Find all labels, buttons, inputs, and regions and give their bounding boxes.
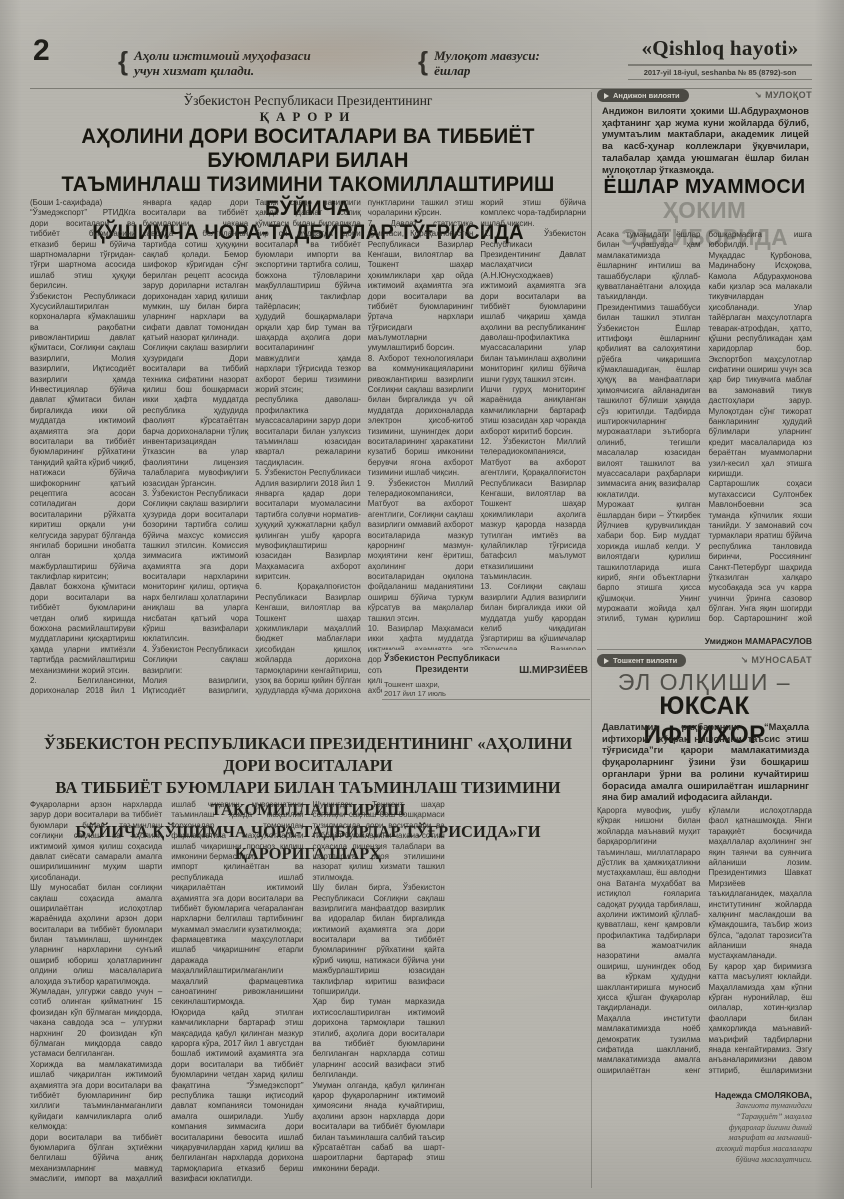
article1-body: Асака туманидаги ёшлар билан учрашувда ҳ… — [597, 230, 812, 634]
decree-signature-block: Ўзбекистон Республикаси Президенти Ш.МИР… — [382, 650, 590, 700]
slogan-left-block: { Аҳоли ижтимоий муҳофазаси учун хизмат … — [118, 48, 311, 79]
decree-kicker: Ўзбекистон Республикаси Президентининг — [30, 93, 586, 109]
signature-place: Тошкент шаҳри, — [384, 680, 588, 690]
right-column-divider — [597, 649, 812, 650]
commentary-body: Фуқароларни арзон нархларда зарур дори в… — [30, 800, 586, 1190]
article2-byline-title: Зангиота туманидаги “Тараққиёт” маҳалла … — [597, 1101, 812, 1166]
section-label-text: МУЛОҚОТ — [765, 90, 812, 100]
section-label-muloqot: ↘МУЛОҚОТ — [754, 90, 812, 101]
brace-icon: { — [418, 48, 428, 79]
article1-headline-primary: ЁШЛАР МУАММОСИ — [599, 176, 810, 199]
slogan-center: Мулоқот мавзуси: ёшлар — [434, 48, 540, 79]
article1-labels-row: Андижон вилояти ↘МУЛОҚОТ — [597, 89, 812, 102]
article2-lead: Давлатимиз раҳбарининг “Маҳалла ифтихори… — [602, 722, 809, 804]
region-label: Тошкент вилояти — [613, 656, 677, 665]
signature-date: 2017 йил 17 июль — [384, 689, 588, 699]
article1-byline: Умиджон МАМАРАСУЛОВ — [597, 636, 812, 646]
masthead-dateline: 2017-yil 18-iyul, seshanba № 85 (8792)-s… — [628, 66, 812, 79]
section-label-text: МУНОСАБАТ — [751, 655, 812, 665]
masthead-rule-bottom — [628, 79, 812, 80]
region-badge-andijon: Андижон вилояти — [597, 89, 689, 102]
signature-name: Ш.МИРЗИЁЕВ — [519, 665, 588, 676]
article1-lead: Андижон вилояти ҳокими Ш.Абдураҳмонов ҳа… — [602, 106, 809, 176]
article2-labels-row: Тошкент вилояти ↘МУНОСАБАТ — [597, 654, 812, 667]
section-arrow-icon: ↘ — [754, 91, 762, 101]
column-divider — [591, 92, 592, 1188]
article2-byline: Надежда СМОЛЯКОВА, — [597, 1090, 812, 1100]
article2-body: Қарорга мувофиқ, ушбу кўкрак нишони била… — [597, 806, 812, 1086]
region-arrow-icon — [604, 658, 609, 664]
region-badge-toshkent: Тошкент вилояти — [597, 654, 686, 667]
slogan-left: Аҳоли ижтимоий муҳофазаси учун хизмат қи… — [134, 48, 311, 79]
decree-body: (Боши 1-саҳифада) “Ўзмедэкспорт” РТИДКга… — [30, 198, 586, 700]
masthead-title: «Qishloq hayoti» — [628, 36, 812, 61]
region-arrow-icon — [604, 93, 609, 99]
section-arrow-icon: ↘ — [740, 656, 748, 666]
slogan-center-block: { Мулоқот мавзуси: ёшлар — [418, 48, 540, 79]
signature-org: Ўзбекистон Республикаси Президенти — [384, 653, 500, 676]
page-number: 2 — [33, 34, 50, 68]
region-label: Андижон вилояти — [613, 91, 680, 100]
section-label-munosabat: ↘МУНОСАБАТ — [740, 655, 812, 666]
decree-type: ҚАРОРИ — [30, 109, 586, 125]
masthead-block: «Qishloq hayoti» 2017-yil 18-iyul, sesha… — [628, 36, 812, 80]
brace-icon: { — [118, 48, 128, 79]
